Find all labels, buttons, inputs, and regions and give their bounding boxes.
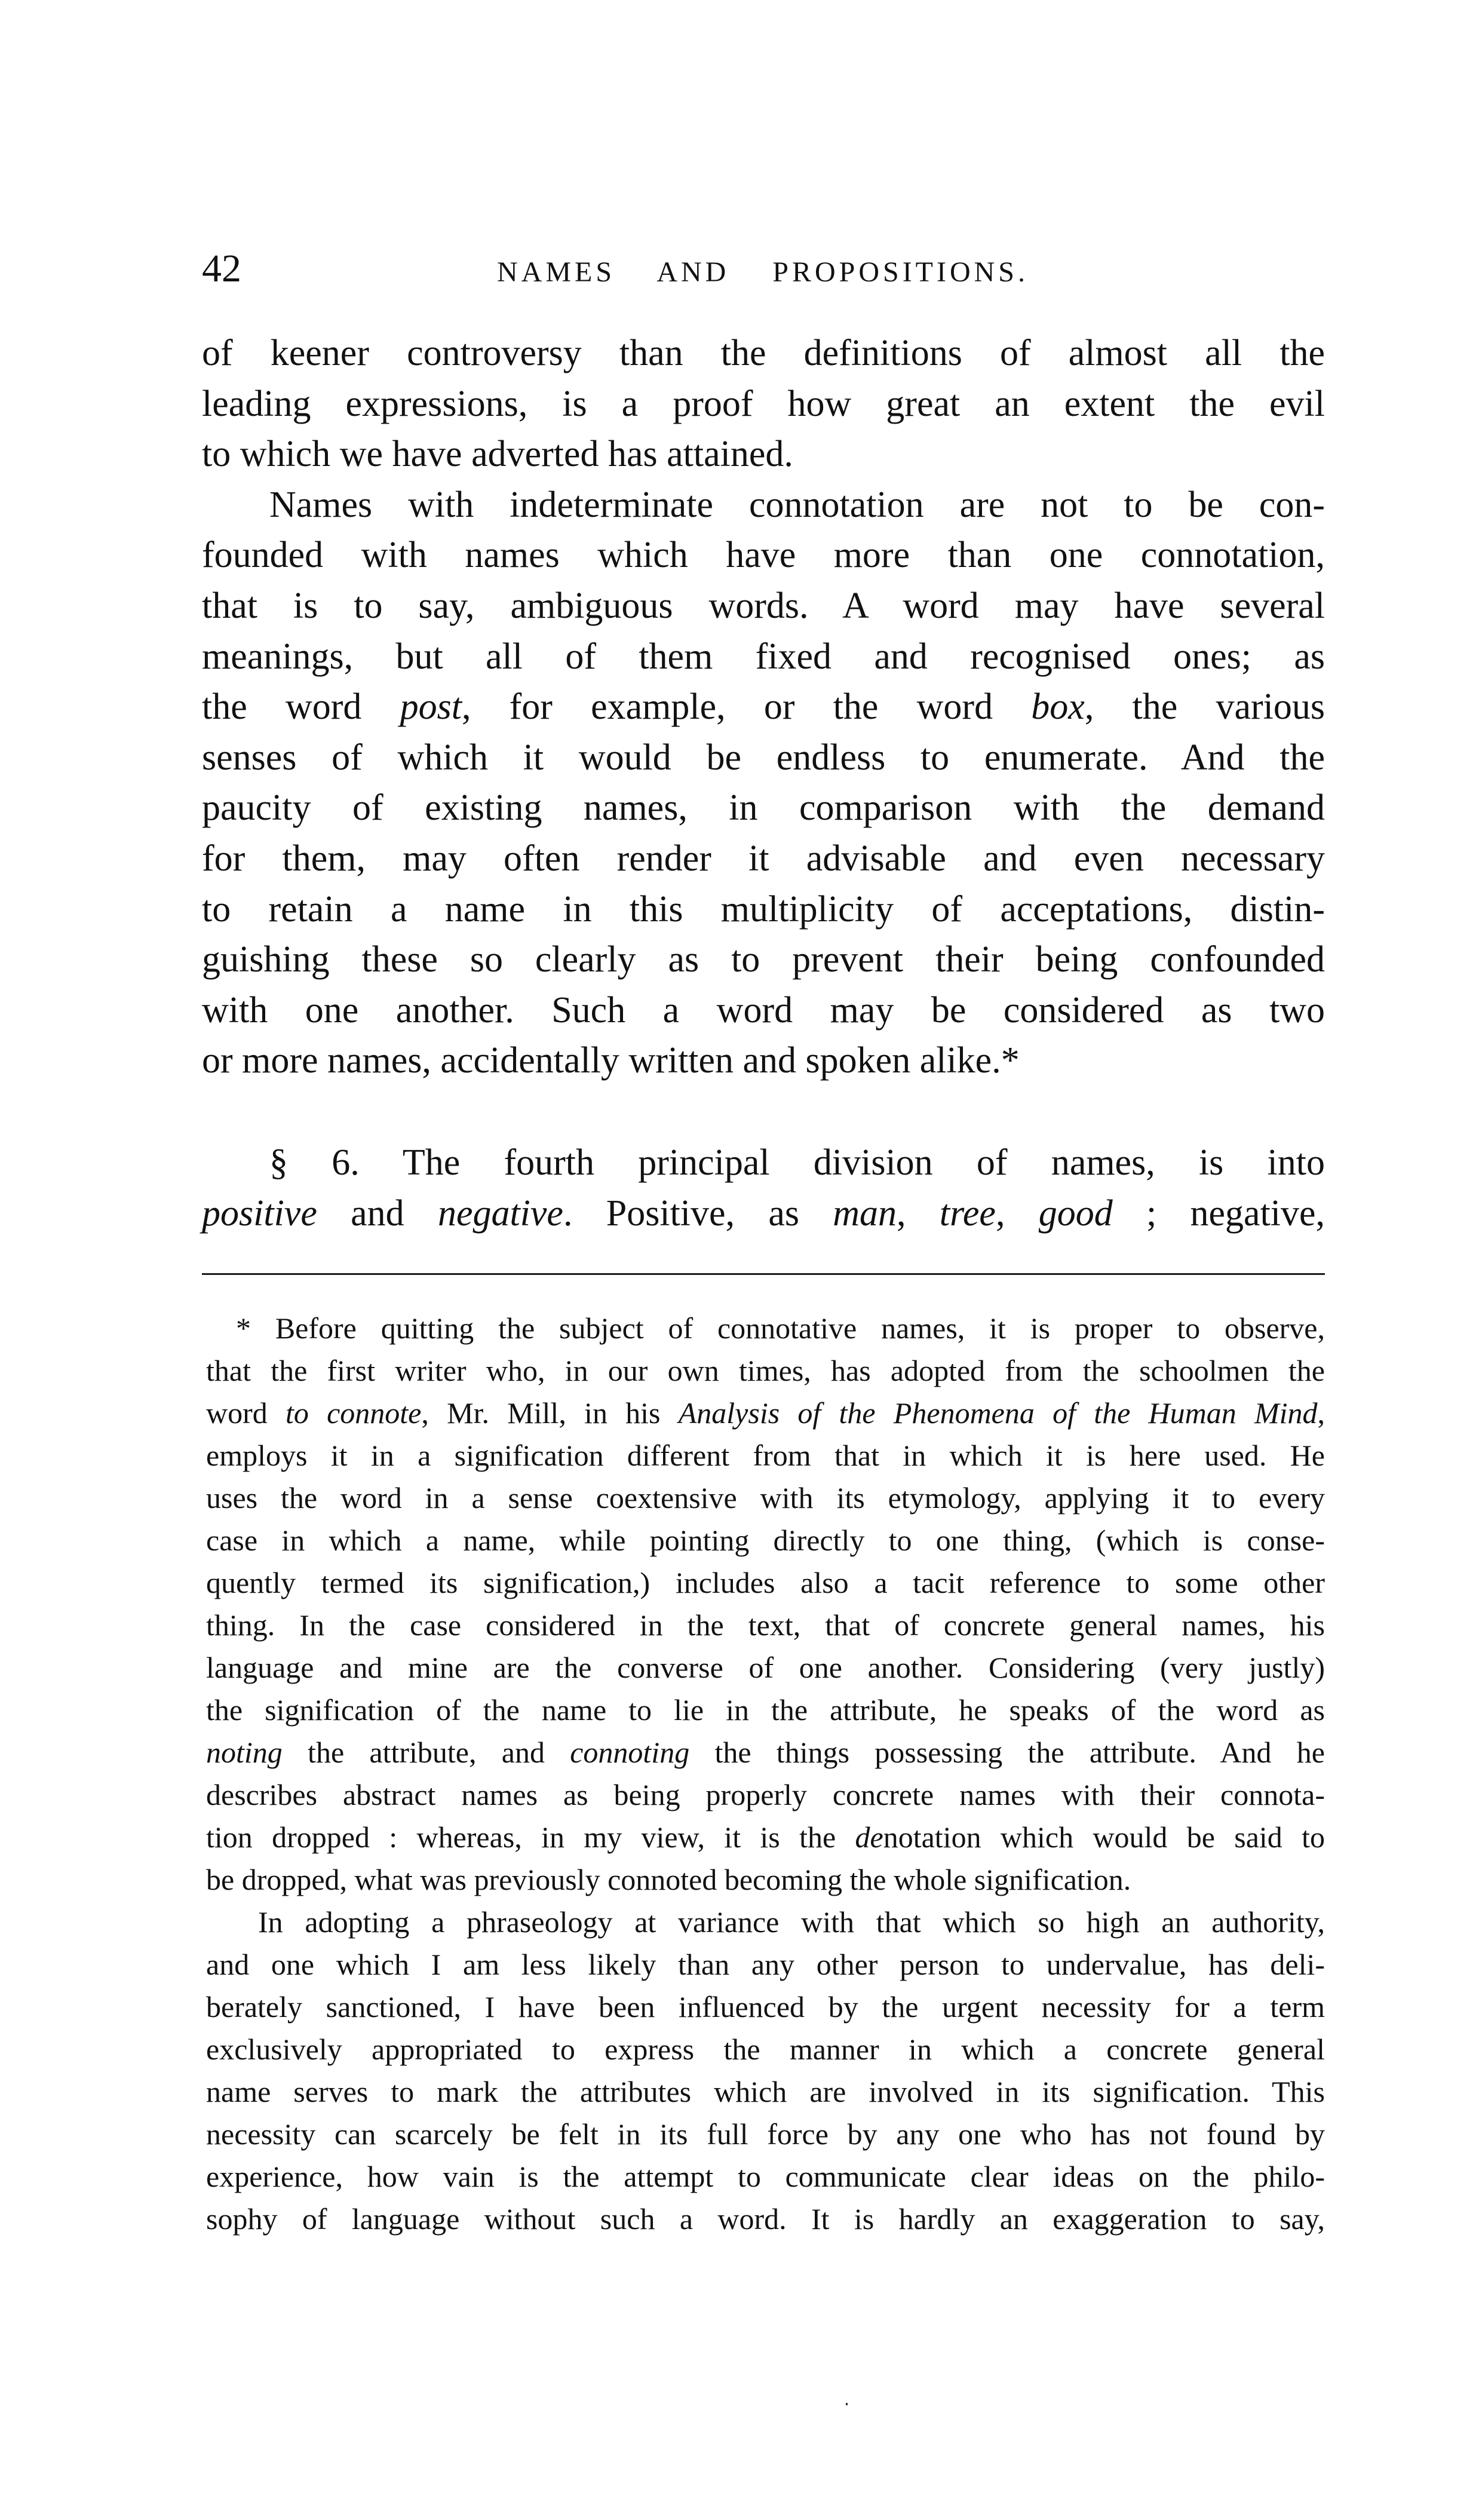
text-run: quently termed its signification,) inclu…	[206, 1566, 1325, 1599]
text-run: for them, may often render it advisable …	[202, 838, 1325, 879]
italic-text: tree	[940, 1193, 996, 1234]
text-run: the things possessing the attribute. And…	[689, 1736, 1325, 1769]
text-run: founded with names which have more than …	[202, 535, 1325, 575]
text-line: uses the word in a sense coextensive wit…	[206, 1477, 1325, 1519]
text-run: , for example, or the word	[462, 686, 1031, 727]
text-line: founded with names which have more than …	[202, 530, 1325, 581]
text-run: ,	[996, 1193, 1039, 1234]
text-run: the signification of the name to lie in …	[206, 1693, 1325, 1727]
text-run: or more names, accidentally written and …	[202, 1040, 1020, 1081]
text-line: to retain a name in this multiplicity of…	[202, 884, 1325, 935]
text-run: experience, how vain is the attempt to c…	[206, 2160, 1325, 2193]
text-line: experience, how vain is the attempt to c…	[206, 2156, 1325, 2198]
text-run: berately sanctioned, I have been influen…	[206, 1990, 1325, 2024]
text-run: with one another. Such a word may be con…	[202, 990, 1325, 1031]
text-line: or more names, accidentally written and …	[202, 1035, 1325, 1086]
text-run: notation which would be said to	[883, 1820, 1325, 1854]
text-line: with one another. Such a word may be con…	[202, 985, 1325, 1036]
text-run: tion dropped : whereas, in my view, it i…	[206, 1820, 855, 1854]
text-run: ,	[1318, 1396, 1325, 1430]
page-number: 42	[202, 245, 241, 293]
text-run: and one which I am less likely than any …	[206, 1948, 1325, 1981]
text-run: leading expressions, is a proof how grea…	[202, 384, 1325, 424]
text-line: the signification of the name to lie in …	[206, 1689, 1325, 1731]
text-line: that is to say, ambiguous words. A word …	[202, 581, 1325, 631]
text-run: case in which a name, while pointing dir…	[206, 1523, 1325, 1557]
text-line: leading expressions, is a proof how grea…	[202, 379, 1325, 430]
text-line: tion dropped : whereas, in my view, it i…	[206, 1816, 1325, 1859]
main-text: of keener controversy than the definitio…	[202, 328, 1325, 1086]
text-run: necessity can scarcely be felt in its fu…	[206, 2117, 1325, 2151]
text-run: meanings, but all of them fixed and reco…	[202, 636, 1325, 677]
text-run: uses the word in a sense coextensive wit…	[206, 1481, 1325, 1515]
text-line: be dropped, what was previously connoted…	[206, 1859, 1325, 1901]
text-run: and	[317, 1193, 438, 1234]
text-run: senses of which it would be endless to e…	[202, 737, 1325, 778]
italic-text: de	[855, 1820, 883, 1854]
text-line: Names with indeterminate connotation are…	[202, 480, 1325, 531]
running-title: NAMES AND PROPOSITIONS.	[497, 249, 1029, 296]
text-line: thing. In the case considered in the tex…	[206, 1604, 1325, 1647]
text-line: word to connote, Mr. Mill, in his Analys…	[206, 1392, 1325, 1434]
italic-text: Analysis of the Phenomena of the Human M…	[679, 1396, 1318, 1430]
text-line: In adopting a phraseology at variance wi…	[206, 1901, 1325, 1943]
text-run: name serves to mark the attributes which…	[206, 2075, 1325, 2108]
text-line: that the first writer who, in our own ti…	[206, 1350, 1325, 1392]
text-line: exclusively appropriated to express the …	[206, 2028, 1325, 2071]
text-run: the attribute, and	[283, 1736, 570, 1769]
text-run: employs it in a signification different …	[206, 1439, 1325, 1472]
text-run: that the first writer who, in our own ti…	[206, 1354, 1325, 1387]
text-line: quently termed its signification,) inclu…	[206, 1562, 1325, 1604]
text-line: name serves to mark the attributes which…	[206, 2071, 1325, 2113]
italic-text: post	[400, 686, 462, 727]
text-run: thing. In the case considered in the tex…	[206, 1608, 1325, 1642]
text-line: berately sanctioned, I have been influen…	[206, 1986, 1325, 2028]
italic-text: man	[833, 1193, 897, 1234]
text-line: sophy of language without such a word. I…	[206, 2198, 1325, 2240]
italic-text: box	[1031, 686, 1085, 727]
scan-speck	[846, 2403, 848, 2405]
text-run: be dropped, what was previously connoted…	[206, 1863, 1131, 1896]
text-run: ,	[897, 1193, 940, 1234]
text-run: describes abstract names as being proper…	[206, 1778, 1325, 1811]
text-run: the word	[202, 686, 400, 727]
text-line: positive and negative. Positive, as man,…	[202, 1188, 1325, 1239]
text-run: to which we have adverted has attained.	[202, 434, 793, 474]
text-line: and one which I am less likely than any …	[206, 1943, 1325, 1986]
text-run: language and mine are the converse of on…	[206, 1651, 1325, 1684]
text-run: sophy of language without such a word. I…	[206, 2202, 1325, 2236]
text-run: exclusively appropriated to express the …	[206, 2032, 1325, 2066]
text-run: , the various	[1085, 686, 1325, 727]
text-line: to which we have adverted has attained.	[202, 429, 1325, 480]
text-line: § 6. The fourth principal division of na…	[202, 1138, 1325, 1188]
text-run: Names with indeterminate connotation are…	[269, 485, 1325, 525]
italic-text: negative	[438, 1193, 563, 1234]
text-run: guishing these so clearly as to prevent …	[202, 939, 1325, 980]
text-run: , Mr. Mill, in his	[421, 1396, 678, 1430]
text-line: noting the attribute, and connoting the …	[206, 1731, 1325, 1774]
section-6-text: § 6. The fourth principal division of na…	[202, 1138, 1325, 1238]
text-line: of keener controversy than the definitio…	[202, 328, 1325, 379]
text-run: * Before quitting the subject of connota…	[236, 1311, 1325, 1345]
italic-text: connoting	[570, 1736, 689, 1769]
text-line: case in which a name, while pointing dir…	[206, 1519, 1325, 1562]
text-run: that is to say, ambiguous words. A word …	[202, 585, 1325, 626]
text-line: the word post, for example, or the word …	[202, 682, 1325, 732]
text-line: language and mine are the converse of on…	[206, 1647, 1325, 1689]
italic-text: to connote	[286, 1396, 421, 1430]
text-line: * Before quitting the subject of connota…	[206, 1307, 1325, 1350]
footnote-divider	[202, 1273, 1325, 1275]
italic-text: noting	[206, 1736, 283, 1769]
italic-text: good	[1039, 1193, 1113, 1234]
text-line: employs it in a signification different …	[206, 1434, 1325, 1477]
text-run: . Positive, as	[563, 1193, 833, 1234]
text-run: § 6. The fourth principal division of na…	[269, 1142, 1325, 1183]
text-run: ; negative,	[1113, 1193, 1325, 1234]
text-line: paucity of existing names, in comparison…	[202, 783, 1325, 833]
text-run: paucity of existing names, in comparison…	[202, 787, 1325, 828]
text-run: In adopting a phraseology at variance wi…	[258, 1905, 1325, 1939]
text-run: word	[206, 1396, 286, 1430]
text-line: for them, may often render it advisable …	[202, 833, 1325, 884]
text-run: of keener controversy than the definitio…	[202, 333, 1325, 373]
footnote-text: * Before quitting the subject of connota…	[206, 1307, 1325, 2240]
text-line: senses of which it would be endless to e…	[202, 732, 1325, 783]
text-line: describes abstract names as being proper…	[206, 1774, 1325, 1816]
text-line: guishing these so clearly as to prevent …	[202, 934, 1325, 985]
text-run: to retain a name in this multiplicity of…	[202, 889, 1325, 930]
text-line: meanings, but all of them fixed and reco…	[202, 631, 1325, 682]
italic-text: positive	[202, 1193, 317, 1234]
text-line: necessity can scarcely be felt in its fu…	[206, 2113, 1325, 2156]
